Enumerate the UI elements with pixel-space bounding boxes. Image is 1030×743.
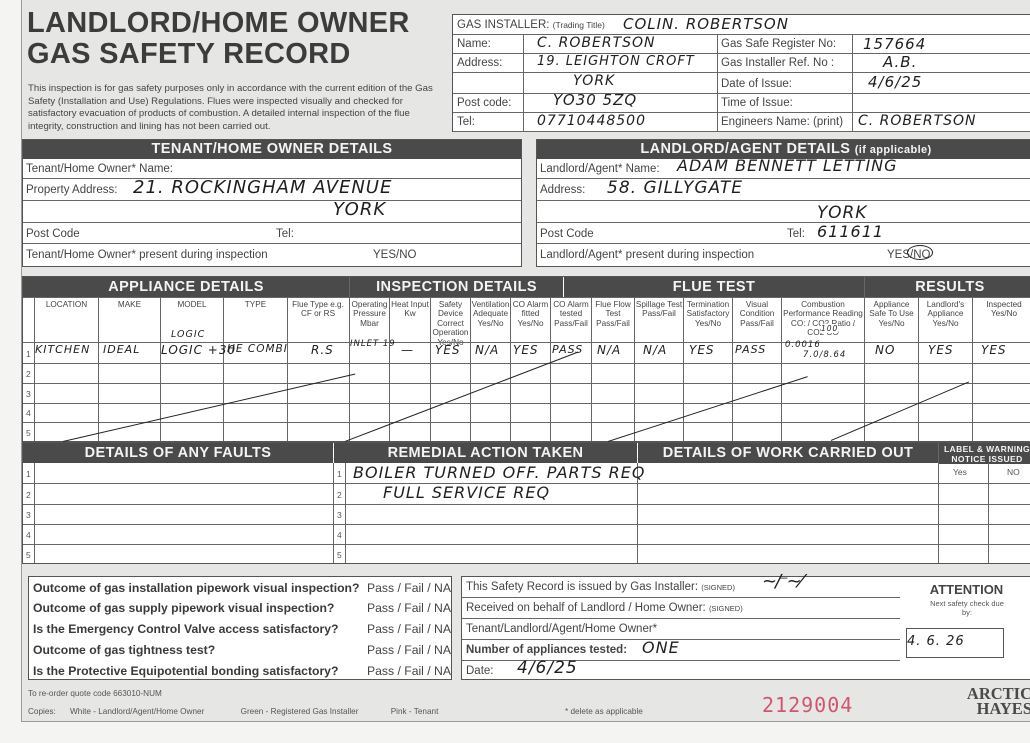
col-flue-flow: Flue Flow Test Pass/Fail	[592, 300, 634, 328]
copies-label: Copies:	[28, 707, 56, 716]
col-make: MAKE	[99, 300, 160, 309]
landlord-title-text: LANDLORD/AGENT DETAILS	[640, 141, 850, 157]
cell-heat-input[interactable]: —	[401, 343, 414, 357]
tenant-postcode-label: Post Code	[26, 228, 80, 240]
cell-visual-condition[interactable]: PASS	[735, 343, 766, 356]
property-address-label: Property Address:	[26, 184, 117, 196]
divider	[345, 463, 346, 563]
check-question-tightness-test: Outcome of gas tightness test?	[33, 643, 215, 657]
row-number: 1	[26, 469, 31, 479]
received-by-row: Received on behalf of Landlord / Home Ow…	[462, 598, 900, 619]
issued-by-row: This Safety Record is issued by Gas Inst…	[462, 577, 900, 598]
reorder-code: To re-order quote code 663010-NUM	[28, 689, 162, 698]
cell-safety-device[interactable]: YES	[435, 343, 461, 357]
divider	[430, 297, 431, 441]
serial-number: 2129004	[762, 693, 853, 717]
divider	[938, 443, 939, 563]
role-row: Tenant/Landlord/Agent/Home Owner*	[462, 619, 900, 640]
name-label: Name:	[457, 38, 491, 50]
cell-flue-type[interactable]: R.S	[311, 343, 334, 357]
col-visual-condition: Visual Condition Pass/Fail	[733, 300, 781, 328]
cell-inspected[interactable]: YES	[981, 343, 1007, 357]
installer-box: GAS INSTALLER: (Trading Title) COLIN. RO…	[452, 14, 1030, 132]
check-question-supply-pipework: Outcome of gas supply pipework visual in…	[33, 601, 334, 615]
postcode-label: Post code:	[457, 97, 511, 109]
appliance-table: APPLIANCE DETAILS INSPECTION DETAILS FLU…	[22, 276, 1030, 442]
ref-value[interactable]: A.B.	[883, 53, 917, 71]
col-co-alarm-tested: CO Alarm tested Pass/Fail	[551, 300, 591, 328]
label-notice-no[interactable]: NO	[1007, 467, 1020, 477]
title-line-2: GAS SAFETY RECORD	[27, 39, 410, 70]
tenant-details-box: TENANT/HOME OWNER DETAILS Tenant/Home Ow…	[22, 139, 522, 267]
label-notice-line1: LABEL & WARNING	[939, 444, 1030, 454]
divider	[389, 297, 390, 441]
divider	[591, 297, 592, 441]
remedial-header: REMEDIAL ACTION TAKEN	[334, 443, 637, 463]
divider	[918, 297, 919, 441]
faults-header: DETAILS OF ANY FAULTS	[23, 443, 333, 463]
row-number: 5	[26, 550, 31, 560]
cell-combustion-co[interactable]: 100	[821, 324, 838, 333]
divider	[23, 363, 1030, 364]
col-co-alarm-fitted: CO Alarm fitted Yes/No	[511, 300, 550, 328]
row-number: 4	[26, 530, 31, 540]
row-number: 5	[337, 550, 342, 560]
divider	[287, 297, 288, 441]
divider	[23, 297, 1030, 298]
copy-white: White - Landlord/Agent/Home Owner	[70, 707, 204, 716]
results-header: RESULTS	[865, 277, 1030, 297]
date-of-issue-value[interactable]: 4/6/25	[868, 73, 922, 91]
cell-co-alarm-tested[interactable]: PASS	[552, 343, 583, 356]
title-line-1: LANDLORD/HOME OWNER	[27, 8, 410, 39]
cell-co-alarm-fitted[interactable]: YES	[513, 343, 539, 357]
divider	[23, 504, 1030, 505]
cell-operating-pressure[interactable]: INLET 19	[350, 339, 396, 349]
divider	[717, 35, 718, 131]
delete-note: * delete as applicable	[565, 707, 643, 716]
col-model: MODEL	[161, 300, 223, 309]
divider	[732, 297, 733, 441]
tenant-present-label: Tenant/Home Owner* present during inspec…	[26, 249, 268, 261]
ref-label: Gas Installer Ref. No :	[721, 57, 834, 69]
landlord-tel-value[interactable]: 611611	[817, 222, 884, 241]
copies-line: Copies: White - Landlord/Agent/Home Owne…	[28, 707, 438, 716]
row-number: 5	[26, 428, 31, 438]
next-check-due-value[interactable]: 4. 6. 26	[907, 634, 965, 649]
attention-box: ATTENTION Next safety check due by: 4. 6…	[900, 576, 1030, 680]
appliance-details-header: APPLIANCE DETAILS	[23, 277, 349, 297]
row-number: 4	[26, 408, 31, 418]
appliances-tested-label: Number of appliances tested:	[466, 644, 627, 656]
label-notice-yes[interactable]: Yes	[953, 467, 967, 477]
next-check-due-field[interactable]: 4. 6. 26	[906, 628, 1004, 658]
installer-postcode-value[interactable]: YO30 5ZQ	[553, 91, 637, 109]
installer-address-line2[interactable]: YORK	[573, 73, 615, 89]
cell-termination[interactable]: YES	[689, 343, 715, 357]
row-number: 2	[26, 369, 31, 379]
row-number: 4	[337, 530, 342, 540]
engineer-name-value[interactable]: C. ROBERTSON	[858, 113, 977, 129]
check-options-installation-pipework[interactable]: Pass / Fail / NA	[367, 581, 451, 595]
divider	[550, 297, 551, 441]
void-strike-mark	[608, 376, 808, 442]
divider	[470, 297, 471, 441]
gas-safety-record-form: LANDLORD/HOME OWNER GAS SAFETY RECORD Th…	[21, 0, 1030, 722]
installer-tel-value[interactable]: 07710448500	[537, 113, 646, 129]
installer-signature[interactable]: ~∕⁻~⁄	[762, 571, 801, 592]
col-landlords-appliance: Landlord's Appliance Yes/No	[919, 300, 972, 328]
property-address-line2[interactable]: YORK	[333, 199, 386, 220]
signed-sub: (SIGNED)	[709, 604, 743, 613]
cell-make[interactable]: IDEAL	[103, 343, 140, 356]
check-options-bonding[interactable]: Pass / Fail / NA	[367, 664, 451, 678]
flue-test-header: FLUE TEST	[564, 277, 864, 297]
col-spillage: Spillage Test Pass/Fail	[635, 300, 683, 319]
cell-type[interactable]: HE COMBI	[227, 343, 288, 355]
appliances-tested-value[interactable]: ONE	[642, 638, 680, 657]
landlord-address-label: Address:	[540, 184, 585, 196]
check-options-emergency-valve[interactable]: Pass / Fail / NA	[367, 622, 451, 636]
cell-ventilation[interactable]: N/A	[475, 343, 499, 357]
cell-combustion-ratio[interactable]: 0.0016	[785, 340, 821, 350]
landlord-tel-label: Tel:	[787, 228, 805, 240]
divider	[23, 422, 1030, 423]
installer-address-line1[interactable]: 19. LEIGHTON CROFT	[537, 54, 695, 69]
row-number: 2	[26, 490, 31, 500]
col-safety-device: Safety Device Correct Operation Yes/No	[431, 300, 470, 347]
divider	[634, 297, 635, 441]
divider	[23, 403, 1030, 404]
role-label: Tenant/Landlord/Agent/Home Owner*	[466, 623, 657, 635]
date-of-issue-label: Date of Issue:	[721, 78, 792, 90]
col-location: LOCATION	[35, 300, 98, 309]
tenant-name-row: Tenant/Home Owner* Name:	[23, 159, 521, 179]
received-by-label: Received on behalf of Landlord / Home Ow…	[466, 602, 706, 614]
signed-sub: (SIGNED)	[701, 583, 735, 592]
divider	[510, 297, 511, 441]
check-question-emergency-valve: Is the Emergency Control Valve access sa…	[33, 622, 339, 636]
landlord-postcode-row: Post Code Tel: 611611	[537, 223, 1030, 244]
remedial-action-line2[interactable]: FULL SERVICE REQ	[383, 483, 550, 502]
tenant-postcode-row: Post Code Tel:	[23, 223, 521, 244]
landlord-postcode-label: Post Code	[540, 228, 594, 240]
divider	[98, 297, 99, 441]
attention-sub: Next safety check due by:	[925, 599, 1009, 617]
row-number: 3	[337, 510, 342, 520]
intro-text: This inspection is for gas safety purpos…	[28, 83, 448, 133]
copy-pink: Pink - Tenant	[391, 707, 439, 716]
check-options-supply-pipework[interactable]: Pass / Fail / NA	[367, 601, 451, 615]
tenant-section-title: TENANT/HOME OWNER DETAILS	[23, 140, 521, 159]
col-ventilation: Ventilation Adequate Yes/No	[471, 300, 510, 328]
divider	[781, 297, 782, 441]
remedial-action-line1[interactable]: BOILER TURNED OFF. PARTS REQ	[353, 463, 645, 482]
signoff-date-value[interactable]: 4/6/25	[517, 658, 578, 678]
circled-no-mark	[907, 245, 933, 260]
row-number: 1	[26, 349, 31, 359]
property-address-line1[interactable]: 21. ROCKINGHAM AVENUE	[133, 177, 392, 198]
cell-spillage[interactable]: N/A	[643, 343, 667, 357]
label-notice-line2: NOTICE ISSUED	[939, 454, 1030, 464]
check-options-tightness-test[interactable]: Pass / Fail / NA	[367, 643, 451, 657]
trading-title-sub: (Trading Title)	[553, 20, 605, 30]
landlord-name-row: Landlord/Agent* Name: ADAM BENNETT LETTI…	[537, 159, 1030, 179]
cell-safe-to-use[interactable]: NO	[875, 343, 895, 357]
check-question-bonding: Is the Protective Equipotential bonding …	[33, 664, 338, 678]
brand-logo: ARCTIC HAYES	[960, 686, 1030, 716]
cell-model-line1[interactable]: LOGIC	[171, 329, 205, 340]
brand-line2: HAYES	[960, 701, 1030, 716]
row-number: 2	[337, 490, 342, 500]
row-number: 3	[26, 389, 31, 399]
installer-name-value[interactable]: C. ROBERTSON	[537, 35, 656, 51]
signoff-date-row: Date: 4/6/25	[462, 661, 900, 681]
copy-green: Green - Registered Gas Installer	[241, 707, 359, 716]
col-type: TYPE	[224, 300, 287, 309]
void-strike-mark	[831, 381, 970, 441]
col-termination: Termination Satisfactory Yes/No	[684, 300, 732, 328]
cell-model[interactable]: LOGIC +30	[161, 343, 236, 357]
landlord-present-row: Landlord/Agent* present during inspectio…	[537, 244, 1030, 267]
landlord-details-box: LANDLORD/AGENT DETAILS (if applicable) L…	[536, 139, 1030, 267]
signoff-box: This Safety Record is issued by Gas Inst…	[461, 576, 901, 680]
tenant-address-row-2: YORK	[23, 201, 521, 223]
cell-flue-flow[interactable]: N/A	[597, 343, 621, 357]
row-number: 3	[26, 510, 31, 520]
landlord-present-label: Landlord/Agent* present during inspectio…	[540, 249, 754, 261]
tenant-name-label: Tenant/Home Owner* Name:	[26, 163, 173, 175]
register-label: Gas Safe Register No:	[721, 38, 836, 50]
void-strike-mark	[345, 351, 579, 442]
divider	[683, 297, 684, 441]
landlord-name-label: Landlord/Agent* Name:	[540, 163, 660, 175]
divider	[223, 297, 224, 441]
divider	[523, 35, 524, 131]
issued-by-label: This Safety Record is issued by Gas Inst…	[466, 581, 698, 593]
landlord-address-line2[interactable]: YORK	[817, 203, 867, 223]
col-safe-to-use: Appliance Safe To Use Yes/No	[865, 300, 918, 328]
inspection-details-header: INSPECTION DETAILS	[350, 277, 563, 297]
landlord-address-row-2: YORK	[537, 201, 1030, 223]
divider	[852, 35, 853, 131]
trading-title-label: GAS INSTALLER:	[457, 19, 549, 31]
divider	[34, 297, 35, 441]
tenant-address-row: Property Address: 21. ROCKINGHAM AVENUE	[23, 179, 521, 201]
divider	[864, 277, 865, 441]
cell-landlords-appliance[interactable]: YES	[928, 343, 954, 357]
divider	[34, 463, 35, 563]
col-flue-type: Flue Type e.g. CF or RS	[288, 300, 348, 319]
divider	[333, 463, 334, 563]
time-of-issue-label: Time of Issue:	[721, 97, 793, 109]
landlord-address-line1[interactable]: 58. GILLYGATE	[607, 178, 743, 198]
col-operating-pressure: Operating Pressure Mbar	[350, 300, 389, 328]
divider	[23, 383, 1030, 384]
tenant-present-row: Tenant/Home Owner* present during inspec…	[23, 244, 521, 267]
safety-checks-box: Outcome of gas installation pipework vis…	[28, 576, 452, 680]
landlord-name-value[interactable]: ADAM BENNETT LETTING	[677, 156, 898, 175]
divider	[349, 277, 350, 441]
work-carried-out-header: DETAILS OF WORK CARRIED OUT	[638, 443, 938, 463]
engineer-name-label: Engineers Name: (print)	[721, 116, 843, 128]
faults-actions-table: DETAILS OF ANY FAULTS REMEDIAL ACTION TA…	[22, 442, 1030, 564]
cell-location[interactable]: KITCHEN	[35, 343, 90, 356]
installer-trading-row: GAS INSTALLER: (Trading Title) COLIN. RO…	[453, 15, 1030, 35]
register-value[interactable]: 157664	[863, 35, 926, 53]
divider	[972, 297, 973, 441]
tenant-present-yes-no[interactable]: YES/NO	[373, 249, 416, 261]
label-notice-header: LABEL & WARNING NOTICE ISSUED	[939, 443, 1030, 464]
signoff-date-label: Date:	[466, 665, 494, 677]
tenant-tel-label: Tel:	[276, 228, 294, 240]
divider	[23, 524, 1030, 525]
form-title: LANDLORD/HOME OWNER GAS SAFETY RECORD	[27, 8, 410, 70]
cell-combustion-co2[interactable]: 7.0/8.64	[803, 350, 846, 360]
col-heat-input: Heat Input Kw	[390, 300, 430, 319]
col-inspected: Inspected Yes/No	[973, 300, 1030, 319]
landlord-address-row: Address: 58. GILLYGATE	[537, 179, 1030, 201]
tel-label: Tel:	[457, 116, 475, 128]
address-label: Address:	[457, 57, 502, 69]
landlord-title-sub: (if applicable)	[855, 144, 932, 156]
trading-title-value[interactable]: COLIN. ROBERTSON	[623, 15, 789, 33]
divider	[988, 463, 989, 563]
row-number: 1	[337, 469, 342, 479]
check-question-installation-pipework: Outcome of gas installation pipework vis…	[33, 581, 359, 595]
attention-title: ATTENTION	[900, 582, 1030, 597]
divider	[23, 544, 1030, 545]
